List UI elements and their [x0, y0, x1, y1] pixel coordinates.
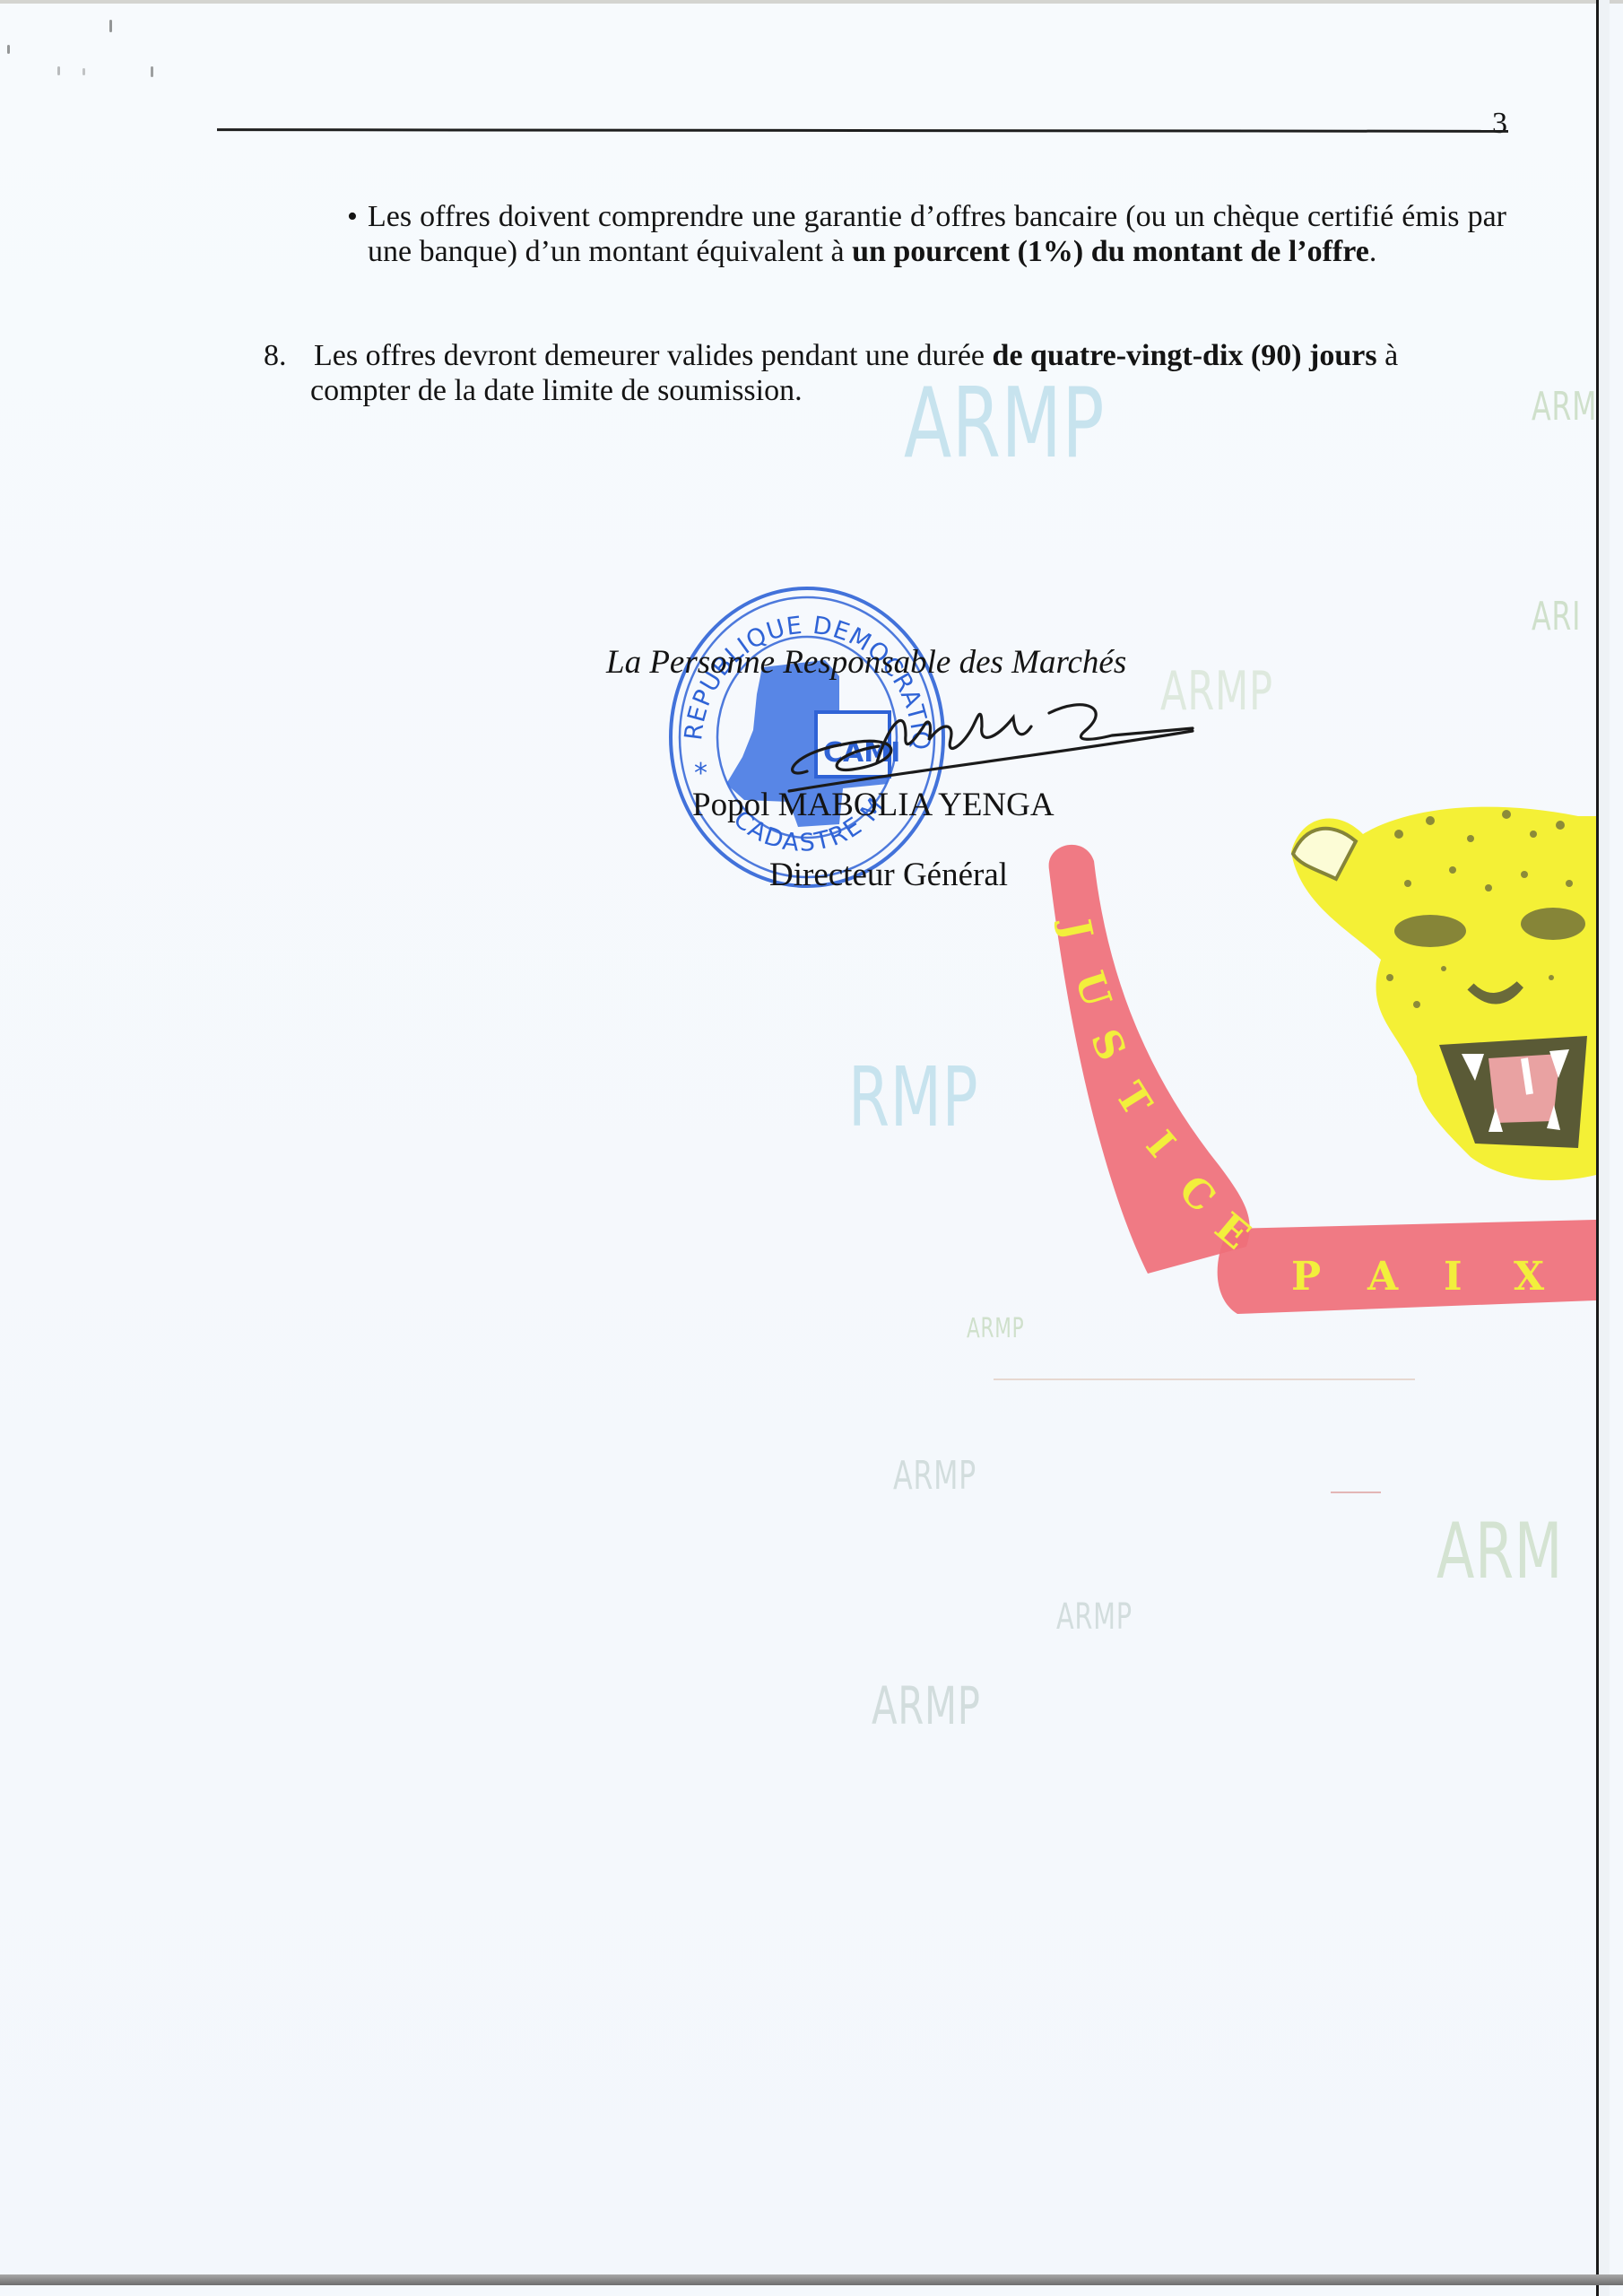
- bullet-icon: •: [347, 199, 358, 234]
- handwritten-signature: [771, 691, 1291, 798]
- stamp-star-icon: *: [694, 758, 707, 789]
- bullet-paragraph: • Les offres doivent comprendre une gara…: [368, 199, 1506, 269]
- scan-right-margin: [1599, 0, 1610, 2296]
- watermark: RMP: [848, 1049, 978, 1145]
- svg-text:A: A: [1367, 1254, 1399, 1300]
- header-rule: [217, 128, 1508, 133]
- item-number: 8.: [264, 338, 287, 373]
- signatory-role: Directeur Général: [769, 856, 1008, 894]
- faint-rule: [1331, 1492, 1381, 1493]
- signatory-name: Popol MABOLIA YENGA: [692, 786, 1055, 824]
- watermark: ARMP: [967, 1313, 1024, 1344]
- signatory-title: La Personne Responsable des Marchés: [606, 643, 1126, 682]
- watermark: ARMP: [1056, 1596, 1133, 1638]
- watermark: ARMP: [872, 1675, 981, 1736]
- svg-text:P: P: [1291, 1254, 1321, 1300]
- svg-text:X: X: [1514, 1254, 1545, 1300]
- scan-top-edge: [0, 0, 1623, 4]
- item8-bold-text: de quatre-vingt-dix (90) jours: [993, 339, 1377, 372]
- document-page: ARMP ARM ARI ARMP RMP ARMP ARMP ARM ARMP…: [0, 0, 1610, 2285]
- item8-line2: compter de la date limite de soumission.: [310, 373, 1510, 408]
- scan-right-edge: [1596, 0, 1599, 2296]
- item8-after: à: [1377, 339, 1399, 372]
- item8-text: Les offres devront demeurer valides pend…: [314, 339, 993, 372]
- scan-bottom-edge: [0, 2274, 1623, 2285]
- page-number: 3: [1492, 106, 1507, 141]
- leopard-head-icon: [1291, 807, 1596, 1180]
- coat-of-arms-emblem: J U S T I C E P A I X: [1022, 798, 1596, 1444]
- numbered-paragraph-8: 8. Les offres devront demeurer valides p…: [264, 338, 1510, 408]
- watermark: ARM: [1532, 384, 1597, 430]
- svg-text:I: I: [1444, 1254, 1462, 1300]
- bullet-bold-text: un pourcent (1%) du montant de l’offre: [852, 235, 1369, 268]
- watermark: ARMP: [893, 1453, 976, 1499]
- bullet-end: .: [1369, 235, 1377, 268]
- watermark: ARM: [1436, 1507, 1563, 1596]
- watermark: ARI: [1532, 594, 1581, 639]
